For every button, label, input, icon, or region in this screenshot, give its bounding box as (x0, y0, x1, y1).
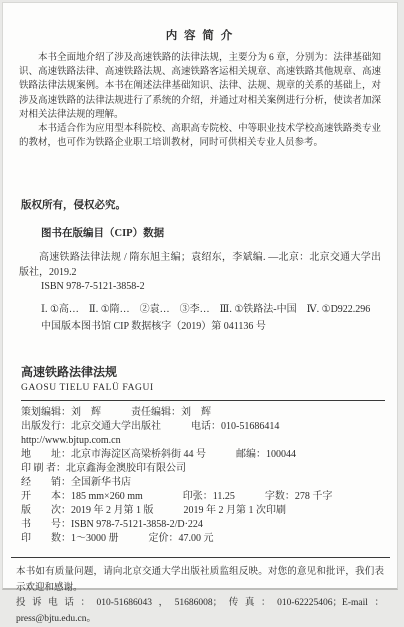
publication-row-book-number: 书 号：ISBN 978-7-5121-3858-2/D·224 (21, 518, 397, 532)
publication-row-address: 地 址：北京市海淀区高梁桥斜街 44 号 邮编：100044 (21, 448, 397, 462)
book-copyright-page: 内 容 简 介 本书全面地介绍了涉及高速铁路的法律法规，主要分为 6 章，分别为… (2, 2, 398, 590)
quality-note-divider-rule (11, 557, 390, 558)
cip-entry: 高速铁路法律法规 / 隋东旭主编；袁绍东，李斌编. —北京：北京交通大学出版社，… (19, 251, 381, 280)
publication-row-edition: 版 次：2019 年 2 月第 1 版 2019 年 2 月第 1 次印刷 (21, 504, 397, 518)
book-title: 高速铁路法律法规 (21, 363, 397, 380)
content-summary-heading: 内 容 简 介 (19, 27, 381, 43)
publication-info-section: 策划编辑：刘 辉 责任编辑：刘 辉 出版发行：北京交通大学出版社 电话：010-… (21, 406, 397, 546)
publication-row-distributor: 经 销：全国新华书店 (21, 476, 397, 490)
cip-classification: Ⅰ. ①高… Ⅱ. ①隋… ②袁… ③李… Ⅲ. ①铁路法-中国 Ⅳ. ①D92… (41, 300, 397, 315)
quality-note-line-2: 投诉电话：010-51686043，51686008；传真：010-622254… (16, 596, 384, 600)
publication-row-print-run-price: 印 数：1～3000 册 定价：47.00 元 (21, 532, 397, 546)
content-summary-paragraph-2: 本书适合作为应用型本科院校、高职高专院校、中等职业技术学校高速铁路类专业的教材，… (19, 122, 381, 150)
publication-row-format: 开 本：185 mm×260 mm 印张：11.25 字数：278 千字 (21, 490, 397, 504)
cip-record-number: 中国版本图书馆 CIP 数据核字（2019）第 041136 号 (41, 317, 397, 332)
quality-note-section: 本书如有质量问题，请向北京交通大学出版社质监组反映。对您的意见和批评，我们表示欢… (16, 565, 384, 600)
cip-heading: 图书在版编目（CIP）数据 (41, 225, 397, 240)
title-divider-rule (21, 400, 385, 401)
publication-row-editors: 策划编辑：刘 辉 责任编辑：刘 辉 (21, 406, 397, 420)
quality-note-line-1: 本书如有质量问题，请向北京交通大学出版社质监组反映。对您的意见和批评，我们表示欢… (16, 565, 384, 596)
cip-isbn: ISBN 978-7-5121-3858-2 (41, 281, 397, 292)
content-summary-section: 内 容 简 介 本书全面地介绍了涉及高速铁路的法律法规，主要分为 6 章，分别为… (3, 27, 397, 150)
content-summary-paragraph-1: 本书全面地介绍了涉及高速铁路的法律法规，主要分为 6 章，分别为：法律基础知识、… (19, 51, 381, 122)
copyright-notice: 版权所有，侵权必究。 (21, 197, 397, 212)
publication-row-publisher: 出版发行：北京交通大学出版社 电话：010-51686414 http://ww… (21, 420, 397, 448)
publication-row-printer: 印 刷 者：北京鑫海金澳胶印有限公司 (21, 462, 397, 476)
book-title-pinyin: GAOSU TIELU FALÜ FAGUI (21, 383, 397, 393)
